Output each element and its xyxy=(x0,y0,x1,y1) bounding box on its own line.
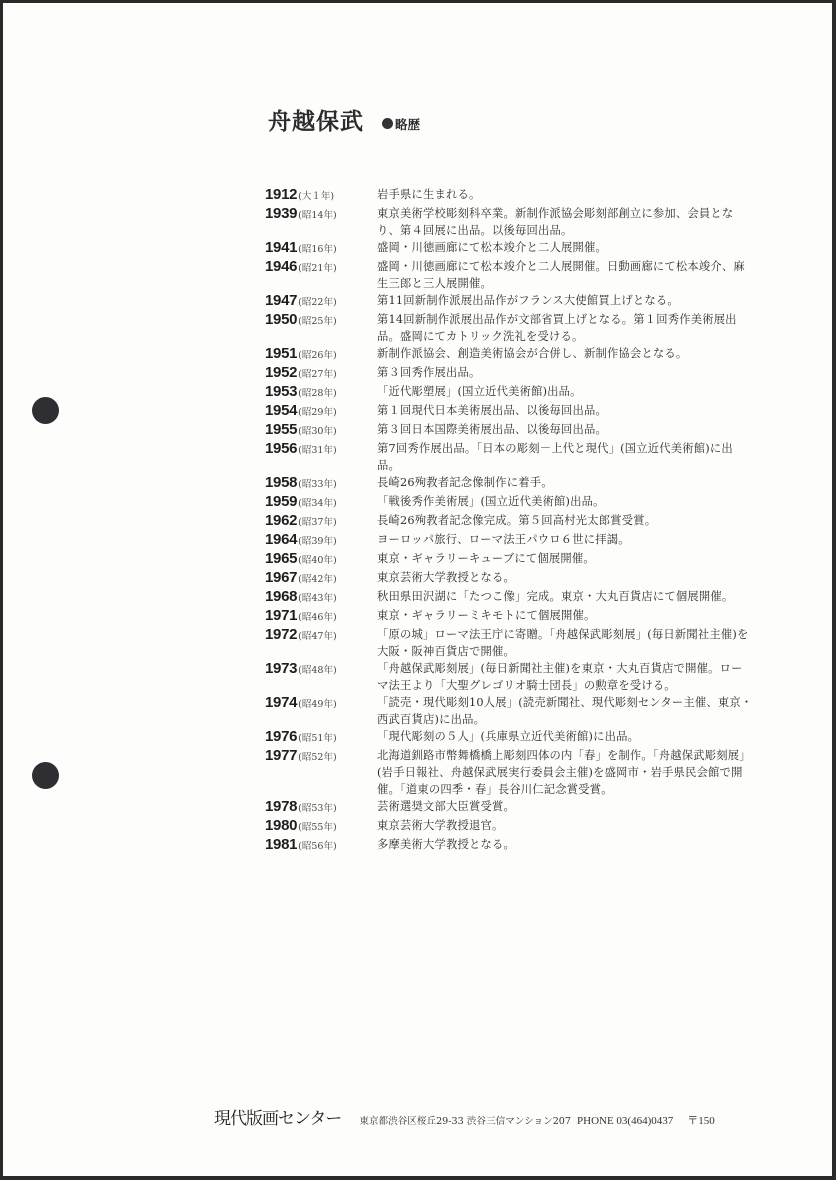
entry-description: 岩手県に生まれる。 xyxy=(377,186,754,203)
entry-year: 1955 xyxy=(265,421,297,438)
section-label-text: 略歴 xyxy=(395,115,420,133)
entry-description: 「近代彫塑展」(国立近代美術館)出品。 xyxy=(377,383,754,400)
entry-era: (昭25年) xyxy=(298,316,337,327)
entry-description: 盛岡・川徳画廊にて松本竣介と二人展開催。日動画廊にて松本竣介、麻生三郎と三人展開… xyxy=(377,258,754,292)
entry-description: 芸術選奨文部大臣賞受賞。 xyxy=(377,798,754,815)
entry-era: (昭33年) xyxy=(298,479,337,490)
entry-era: (昭34年) xyxy=(298,498,337,509)
entry-description: 盛岡・川徳画廊にて松本竣介と二人展開催。 xyxy=(377,239,754,256)
entry-year: 1951 xyxy=(265,345,297,362)
year-column: 1956(昭31年) xyxy=(265,440,377,459)
entry-description: 東京芸術大学教授退官。 xyxy=(377,817,754,834)
timeline-entry: 1972(昭47年)「原の城」ローマ法王庁に寄贈。「舟越保武彫刻展」(毎日新聞社… xyxy=(265,626,765,660)
entry-description: 第7回秀作展出品。「日本の彫刻－上代と現代」(国立近代美術館)に出品。 xyxy=(377,440,754,474)
timeline-entry: 1958(昭33年)長崎26殉教者記念像制作に着手。 xyxy=(265,474,765,493)
postal-code: 〒150 xyxy=(687,1112,715,1128)
timeline-entry: 1950(昭25年)第14回新制作派展出品作が文部省買上げとなる。第１回秀作美術… xyxy=(265,311,765,345)
entry-description: 長崎26殉教者記念像完成。第５回高村光太郎賞受賞。 xyxy=(377,512,754,529)
entry-era: (昭55年) xyxy=(298,822,337,833)
entry-year: 1980 xyxy=(265,817,297,834)
year-column: 1962(昭37年) xyxy=(265,512,377,531)
entry-year: 1974 xyxy=(265,694,297,711)
entry-era: (昭42年) xyxy=(298,574,337,585)
year-column: 1978(昭53年) xyxy=(265,798,377,817)
entry-description: 東京・ギャラリーミキモトにて個展開催。 xyxy=(377,607,754,624)
year-column: 1959(昭34年) xyxy=(265,493,377,512)
entry-year: 1954 xyxy=(265,402,297,419)
year-column: 1953(昭28年) xyxy=(265,383,377,402)
year-column: 1947(昭22年) xyxy=(265,292,377,311)
year-column: 1939(昭14年) xyxy=(265,205,377,224)
page-header: 舟越保武 略歴 xyxy=(268,103,420,136)
entry-year: 1946 xyxy=(265,258,297,275)
entry-year: 1972 xyxy=(265,626,297,643)
year-column: 1967(昭42年) xyxy=(265,569,377,588)
entry-year: 1967 xyxy=(265,569,297,586)
year-column: 1941(昭16年) xyxy=(265,239,377,258)
timeline-entry: 1967(昭42年)東京芸術大学教授となる。 xyxy=(265,569,765,588)
timeline-entry: 1912(大１年)岩手県に生まれる。 xyxy=(265,186,765,205)
entry-description: 第１回現代日本美術展出品、以後毎回出品。 xyxy=(377,402,754,419)
year-column: 1952(昭27年) xyxy=(265,364,377,383)
organization-name: 現代版画センター xyxy=(214,1104,341,1129)
timeline-entry: 1965(昭40年)東京・ギャラリーキューブにて個展開催。 xyxy=(265,550,765,569)
entry-era: (昭46年) xyxy=(298,612,337,623)
entry-era: (昭43年) xyxy=(298,593,337,604)
punch-hole-icon xyxy=(32,397,59,424)
year-column: 1951(昭26年) xyxy=(265,345,377,364)
entry-era: (昭52年) xyxy=(298,752,337,763)
entry-year: 1971 xyxy=(265,607,297,624)
punch-hole-icon xyxy=(32,762,59,789)
entry-description: 秋田県田沢湖に「たつこ像」完成。東京・大丸百貨店にて個展開催。 xyxy=(377,588,754,605)
timeline-entry: 1953(昭28年)「近代彫塑展」(国立近代美術館)出品。 xyxy=(265,383,765,402)
entry-year: 1959 xyxy=(265,493,297,510)
timeline-entry: 1946(昭21年)盛岡・川徳画廊にて松本竣介と二人展開催。日動画廊にて松本竣介… xyxy=(265,258,765,292)
entry-era: (昭29年) xyxy=(298,407,337,418)
entry-year: 1973 xyxy=(265,660,297,677)
entry-era: (昭56年) xyxy=(298,841,337,852)
timeline-entry: 1971(昭46年)東京・ギャラリーミキモトにて個展開催。 xyxy=(265,607,765,626)
entry-era: (昭26年) xyxy=(298,350,337,361)
year-column: 1912(大１年) xyxy=(265,186,377,205)
year-column: 1954(昭29年) xyxy=(265,402,377,421)
year-column: 1981(昭56年) xyxy=(265,836,377,855)
entry-year: 1952 xyxy=(265,364,297,381)
organization-address: 東京都渋谷区桜丘29-33 渋谷三信マンション207 xyxy=(359,1113,571,1127)
entry-description: 第３回日本国際美術展出品、以後毎回出品。 xyxy=(377,421,754,438)
entry-era: (昭47年) xyxy=(298,631,337,642)
year-column: 1974(昭49年) xyxy=(265,694,377,713)
year-column: 1955(昭30年) xyxy=(265,421,377,440)
entry-era: (昭16年) xyxy=(298,244,337,255)
entry-year: 1978 xyxy=(265,798,297,815)
year-column: 1965(昭40年) xyxy=(265,550,377,569)
entry-description: 第３回秀作展出品。 xyxy=(377,364,754,381)
timeline-entry: 1955(昭30年)第３回日本国際美術展出品、以後毎回出品。 xyxy=(265,421,765,440)
entry-year: 1964 xyxy=(265,531,297,548)
entry-year: 1950 xyxy=(265,311,297,328)
entry-description: 第14回新制作派展出品作が文部省買上げとなる。第１回秀作美術展出品。盛岡にてカト… xyxy=(377,311,754,345)
entry-description: 第11回新制作派展出品作がフランス大使館買上げとなる。 xyxy=(377,292,754,309)
timeline-entry: 1980(昭55年)東京芸術大学教授退官。 xyxy=(265,817,765,836)
timeline-entry: 1939(昭14年)東京美術学校彫刻科卒業。新制作派協会彫刻部創立に参加、会員と… xyxy=(265,205,765,239)
timeline-entry: 1947(昭22年)第11回新制作派展出品作がフランス大使館買上げとなる。 xyxy=(265,292,765,311)
timeline-entry: 1973(昭48年)「舟越保武彫刻展」(毎日新聞社主催)を東京・大丸百貨店で開催… xyxy=(265,660,765,694)
entry-era: (昭27年) xyxy=(298,369,337,380)
year-column: 1968(昭43年) xyxy=(265,588,377,607)
entry-description: 「現代彫刻の５人」(兵庫県立近代美術館)に出品。 xyxy=(377,728,754,745)
page-footer: 現代版画センター 東京都渋谷区桜丘29-33 渋谷三信マンション207 PHON… xyxy=(214,1104,715,1129)
entry-era: (昭14年) xyxy=(298,210,337,221)
entry-era: (昭30年) xyxy=(298,426,337,437)
entry-description: 東京美術学校彫刻科卒業。新制作派協会彫刻部創立に参加、会員となり、第４回展に出品… xyxy=(377,205,754,239)
bullet-icon xyxy=(382,118,393,129)
entry-era: (昭53年) xyxy=(298,803,337,814)
entry-year: 1956 xyxy=(265,440,297,457)
year-column: 1964(昭39年) xyxy=(265,531,377,550)
timeline-entry: 1956(昭31年)第7回秀作展出品。「日本の彫刻－上代と現代」(国立近代美術館… xyxy=(265,440,765,474)
entry-era: (昭31年) xyxy=(298,445,337,456)
organization-phone: PHONE 03(464)0437 xyxy=(577,1115,673,1127)
entry-description: 多摩美術大学教授となる。 xyxy=(377,836,754,853)
entry-era: (昭21年) xyxy=(298,263,337,274)
timeline-entry: 1959(昭34年)「戦後秀作美術展」(国立近代美術館)出品。 xyxy=(265,493,765,512)
entry-era: (昭37年) xyxy=(298,517,337,528)
entry-description: 新制作派協会、創造美術協会が合併し、新制作協会となる。 xyxy=(377,345,754,362)
timeline-entry: 1962(昭37年)長崎26殉教者記念像完成。第５回高村光太郎賞受賞。 xyxy=(265,512,765,531)
year-column: 1973(昭48年) xyxy=(265,660,377,679)
document-page: 舟越保武 略歴 1912(大１年)岩手県に生まれる。1939(昭14年)東京美術… xyxy=(3,3,832,1176)
entry-description: 東京芸術大学教授となる。 xyxy=(377,569,754,586)
year-column: 1958(昭33年) xyxy=(265,474,377,493)
entry-description: 長崎26殉教者記念像制作に着手。 xyxy=(377,474,754,491)
entry-description: 東京・ギャラリーキューブにて個展開催。 xyxy=(377,550,754,567)
year-column: 1972(昭47年) xyxy=(265,626,377,645)
entry-era: (昭51年) xyxy=(298,733,337,744)
entry-description: 北海道釧路市幣舞橋橋上彫刻四体の内「春」を制作。「舟越保武彫刻展」(岩手日報社、… xyxy=(377,747,754,798)
entry-year: 1912 xyxy=(265,186,297,203)
year-column: 1946(昭21年) xyxy=(265,258,377,277)
year-column: 1971(昭46年) xyxy=(265,607,377,626)
timeline-entry: 1981(昭56年)多摩美術大学教授となる。 xyxy=(265,836,765,855)
entry-year: 1953 xyxy=(265,383,297,400)
entry-year: 1947 xyxy=(265,292,297,309)
timeline-entry: 1964(昭39年)ヨーロッパ旅行、ローマ法王パウロ６世に拝謁。 xyxy=(265,531,765,550)
timeline-entry: 1952(昭27年)第３回秀作展出品。 xyxy=(265,364,765,383)
entry-description: 「戦後秀作美術展」(国立近代美術館)出品。 xyxy=(377,493,754,510)
entry-description: 「原の城」ローマ法王庁に寄贈。「舟越保武彫刻展」(毎日新聞社主催)を大阪・阪神百… xyxy=(377,626,754,660)
entry-year: 1965 xyxy=(265,550,297,567)
entry-year: 1968 xyxy=(265,588,297,605)
entry-year: 1958 xyxy=(265,474,297,491)
timeline-entry: 1976(昭51年)「現代彫刻の５人」(兵庫県立近代美術館)に出品。 xyxy=(265,728,765,747)
timeline-entry: 1941(昭16年)盛岡・川徳画廊にて松本竣介と二人展開催。 xyxy=(265,239,765,258)
entry-year: 1962 xyxy=(265,512,297,529)
entry-year: 1939 xyxy=(265,205,297,222)
entry-year: 1981 xyxy=(265,836,297,853)
timeline-entry: 1968(昭43年)秋田県田沢湖に「たつこ像」完成。東京・大丸百貨店にて個展開催… xyxy=(265,588,765,607)
section-label: 略歴 xyxy=(382,115,420,133)
entry-year: 1976 xyxy=(265,728,297,745)
entry-year: 1977 xyxy=(265,747,297,764)
timeline-entry: 1974(昭49年)「読売・現代彫刻10人展」(読売新聞社、現代彫刻センター主催… xyxy=(265,694,765,728)
timeline-entry: 1954(昭29年)第１回現代日本美術展出品、以後毎回出品。 xyxy=(265,402,765,421)
entry-era: (昭40年) xyxy=(298,555,337,566)
year-column: 1977(昭52年) xyxy=(265,747,377,766)
timeline-entry: 1951(昭26年)新制作派協会、創造美術協会が合併し、新制作協会となる。 xyxy=(265,345,765,364)
timeline-entry: 1978(昭53年)芸術選奨文部大臣賞受賞。 xyxy=(265,798,765,817)
entry-description: 「読売・現代彫刻10人展」(読売新聞社、現代彫刻センター主催、東京・西武百貨店)… xyxy=(377,694,754,728)
year-column: 1980(昭55年) xyxy=(265,817,377,836)
entry-era: (昭48年) xyxy=(298,665,337,676)
biography-timeline: 1912(大１年)岩手県に生まれる。1939(昭14年)東京美術学校彫刻科卒業。… xyxy=(265,186,765,855)
entry-description: ヨーロッパ旅行、ローマ法王パウロ６世に拝謁。 xyxy=(377,531,754,548)
entry-era: (大１年) xyxy=(298,191,334,202)
entry-era: (昭22年) xyxy=(298,297,337,308)
year-column: 1950(昭25年) xyxy=(265,311,377,330)
timeline-entry: 1977(昭52年)北海道釧路市幣舞橋橋上彫刻四体の内「春」を制作。「舟越保武彫… xyxy=(265,747,765,798)
entry-era: (昭39年) xyxy=(298,536,337,547)
year-column: 1976(昭51年) xyxy=(265,728,377,747)
entry-description: 「舟越保武彫刻展」(毎日新聞社主催)を東京・大丸百貨店で開催。ローマ法王より「大… xyxy=(377,660,754,694)
entry-year: 1941 xyxy=(265,239,297,256)
entry-era: (昭28年) xyxy=(298,388,337,399)
entry-era: (昭49年) xyxy=(298,699,337,710)
artist-name: 舟越保武 xyxy=(268,103,364,136)
